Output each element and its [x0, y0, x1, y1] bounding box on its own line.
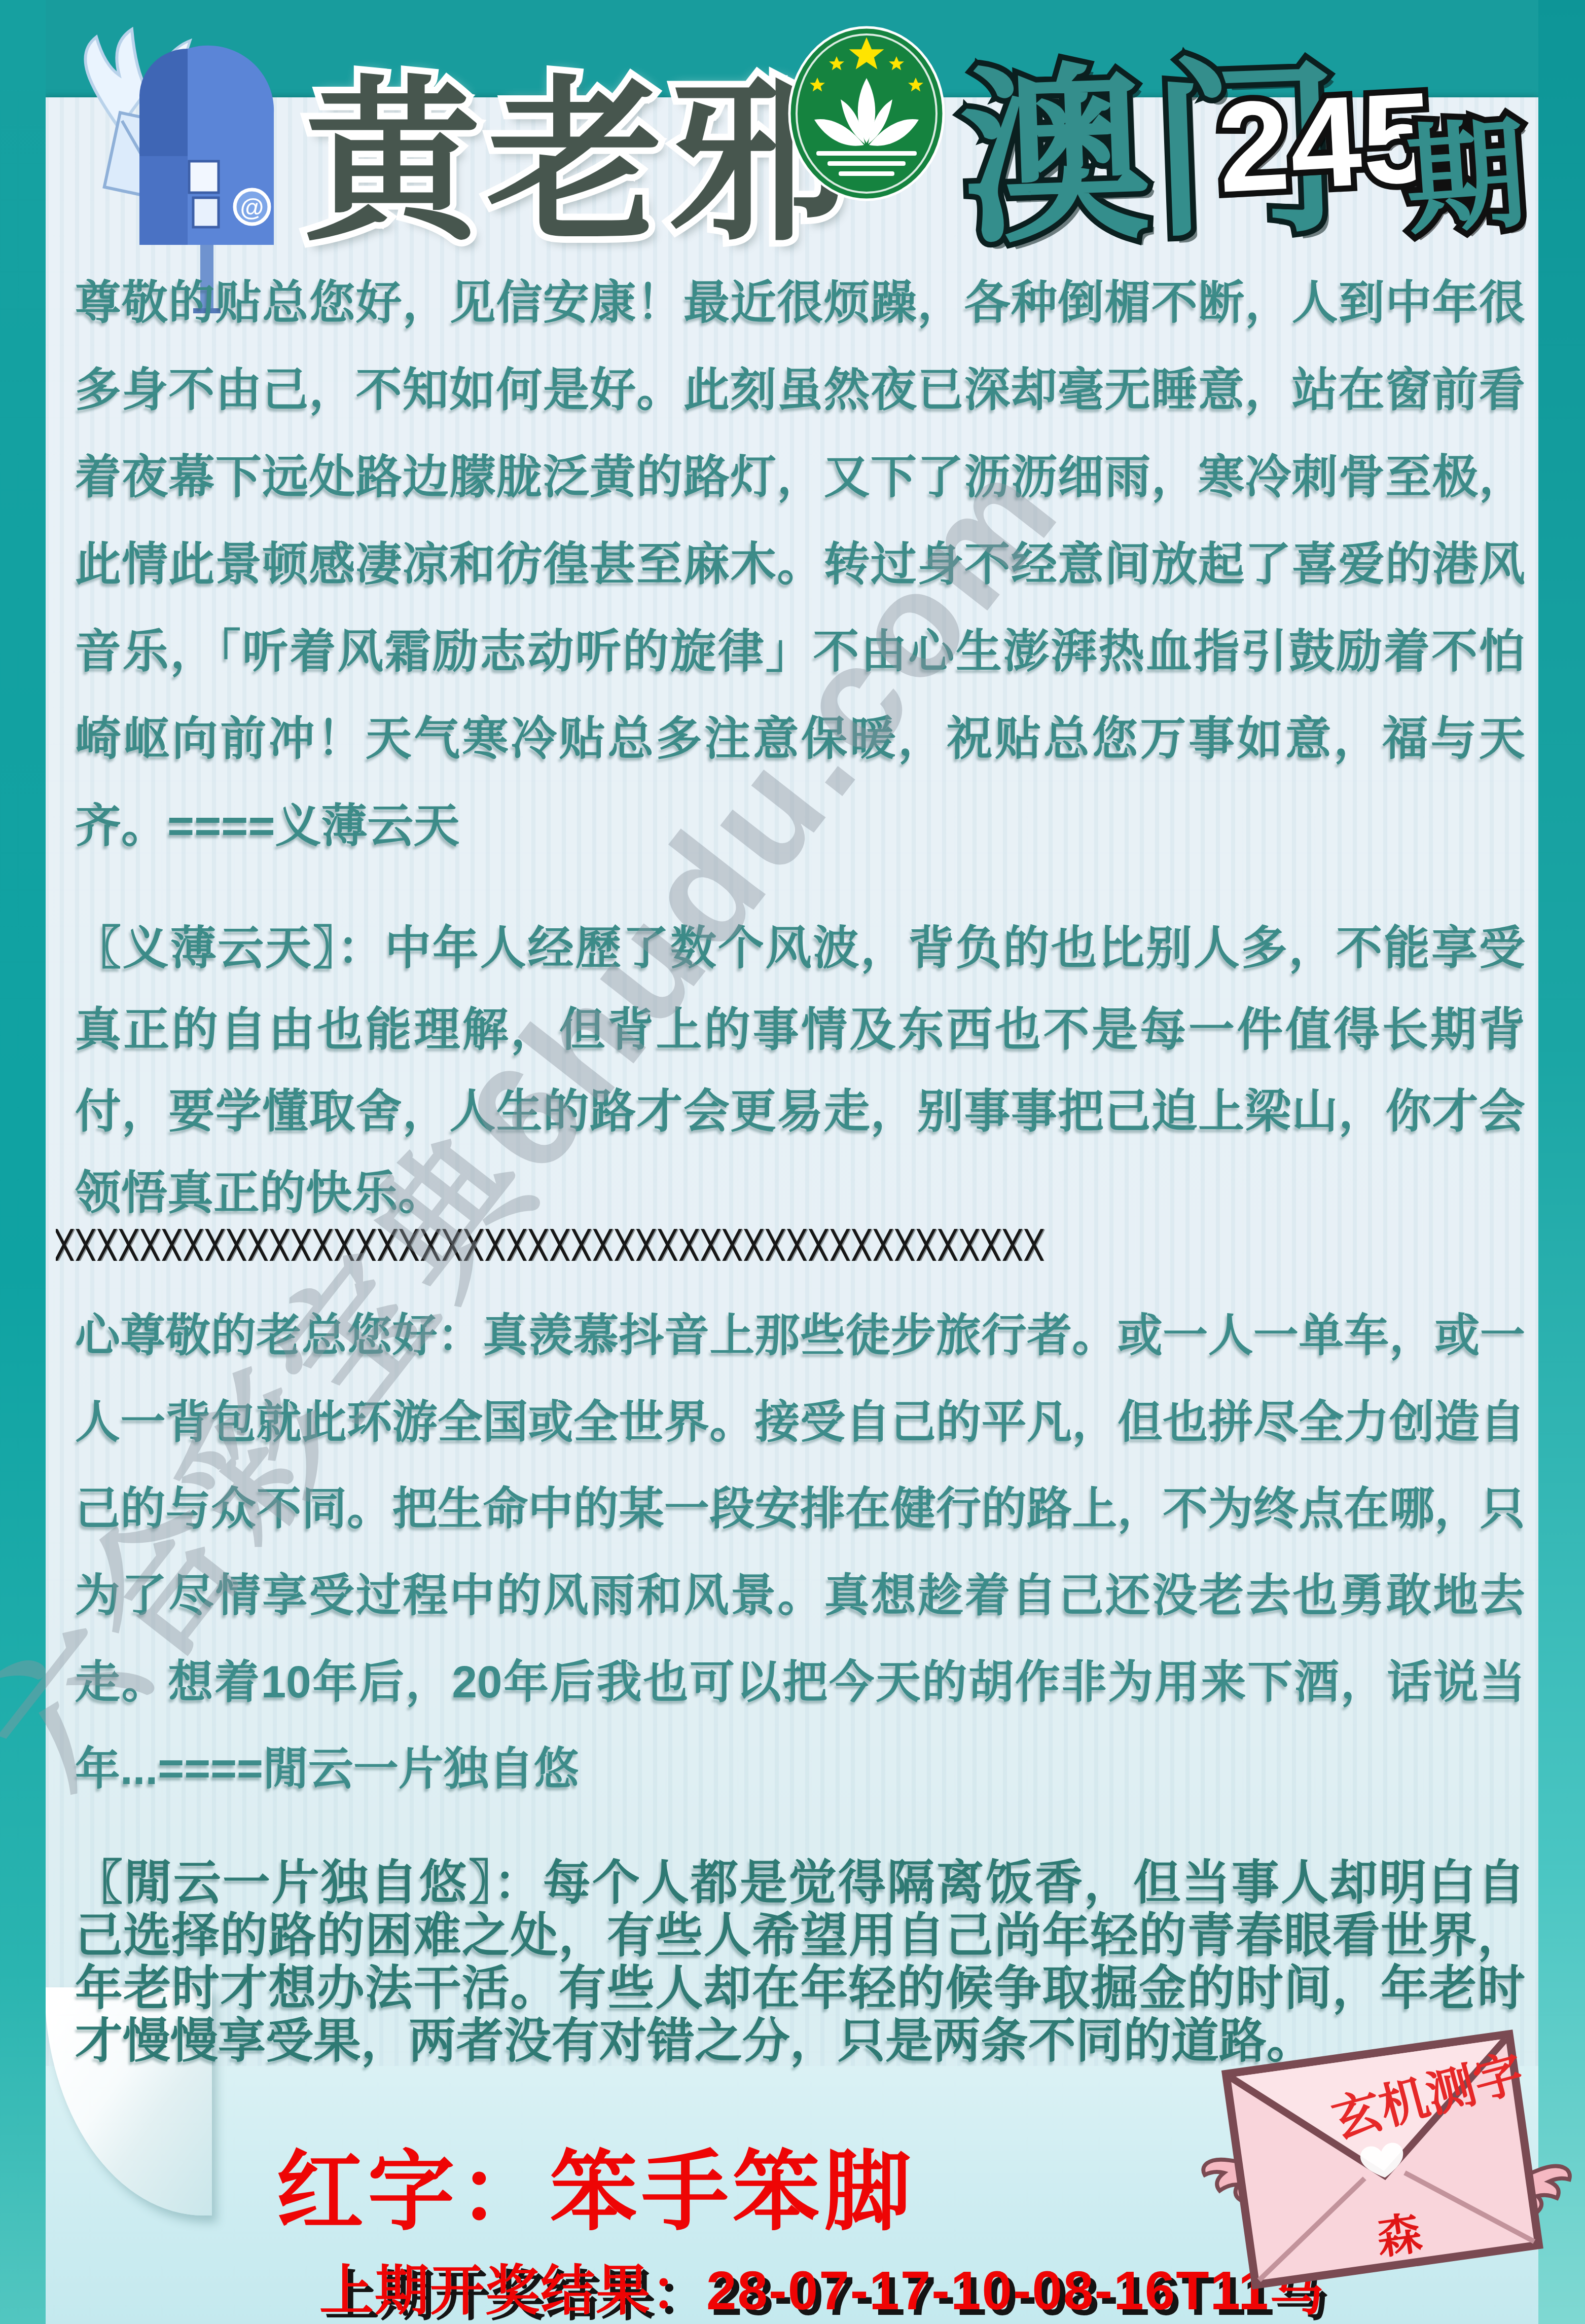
- right-border-strip: [1538, 0, 1585, 2324]
- last-draw-results: 上期开奖结果：28-07-17-10-08-16T11马: [319, 2247, 1325, 2324]
- envelope-seal: 森: [1374, 2208, 1425, 2264]
- letter-paragraph-1: 尊敬的贴总您好，见信安康！最近很烦躁，各种倒楣不断，人到中年很多身不由己，不知如…: [75, 260, 1525, 870]
- poster-page: @ 黄老邪 黄老邪: [0, 0, 1585, 2324]
- site-title-text: 黄老邪: [304, 20, 852, 274]
- issue-suffix-text: 期: [1399, 78, 1531, 258]
- winged-envelope-icon: 玄机测字 森: [1187, 2004, 1585, 2324]
- stitch-divider: ╳╳╳╳╳╳╳╳╳╳╳╳╳╳╳╳╳╳╳╳╳╳╳╳╳╳╳╳╳╳╳╳╳╳╳╳╳╳╳╳…: [56, 1229, 1526, 1261]
- red-hint-line: 红字：笨手笨脚: [276, 2122, 915, 2247]
- svg-text:@: @: [240, 195, 264, 222]
- left-border-strip: [0, 0, 46, 2324]
- letter-paragraph-2: 〖义薄云天〗：中年人经歷了数个风波，背负的也比别人多，不能享受真正的自由也能理解…: [75, 907, 1525, 1234]
- letter-paragraph-3: 心尊敬的老总您好：真羡慕抖音上那些徒步旅行者。或一人一单车，或一人一背包就此环游…: [75, 1292, 1525, 1812]
- macau-lotus-emblem-icon: [785, 23, 948, 204]
